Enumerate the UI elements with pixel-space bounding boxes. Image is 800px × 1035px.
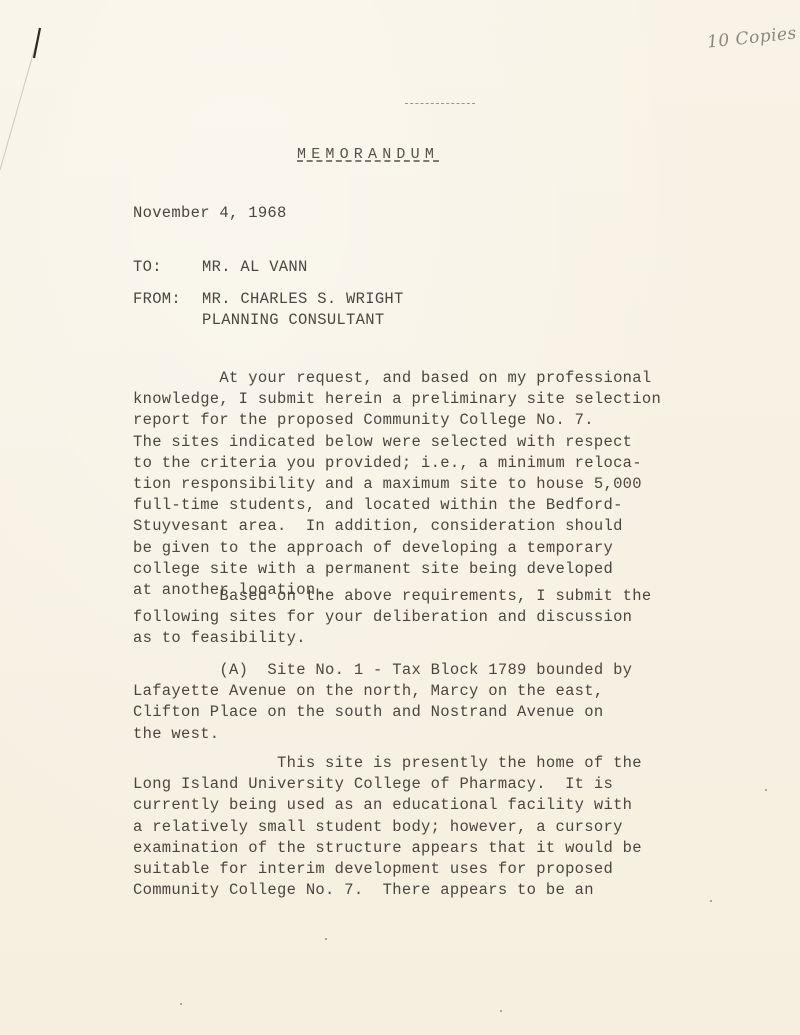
paragraph-requirements: Based on the above requirements, I submi… [133, 586, 693, 650]
stray-mark [405, 103, 475, 104]
sender-title: PLANNING CONSULTANT [202, 310, 384, 331]
text-line: Lafayette Avenue on the north, Marcy on … [133, 681, 693, 702]
paper-fold-mark [0, 0, 70, 180]
text-line: At your request, and based on my profess… [133, 368, 693, 389]
from-label: FROM: [133, 289, 181, 310]
text-line: tion responsibility and a maximum site t… [133, 474, 693, 495]
text-line: knowledge, I submit herein a preliminary… [133, 389, 693, 410]
paragraph-site-a-description: This site is presently the home of the L… [133, 753, 693, 901]
text-line: currently being used as an educational f… [133, 795, 693, 816]
memo-page: 10 Copies MEMORANDUM November 4, 1968 TO… [0, 0, 800, 1035]
text-line: This site is presently the home of the [133, 753, 693, 774]
text-line: Long Island University College of Pharma… [133, 774, 693, 795]
paper-speck [500, 1010, 502, 1012]
sender-name: MR. CHARLES S. WRIGHT [202, 289, 404, 310]
text-line: report for the proposed Community Colleg… [133, 410, 693, 431]
memo-date: November 4, 1968 [133, 203, 287, 224]
text-line: (A) Site No. 1 - Tax Block 1789 bounded … [133, 660, 693, 681]
text-line: college site with a permanent site being… [133, 559, 693, 580]
paper-speck [325, 938, 327, 940]
to-label: TO: [133, 257, 162, 278]
memo-title: MEMORANDUM [297, 146, 439, 163]
paper-speck [765, 789, 767, 791]
paragraph-site-a: (A) Site No. 1 - Tax Block 1789 bounded … [133, 660, 693, 745]
text-line: the west. [133, 724, 693, 745]
text-line: Clifton Place on the south and Nostrand … [133, 702, 693, 723]
text-line: Community College No. 7. There appears t… [133, 880, 693, 901]
paper-speck [710, 900, 712, 902]
text-line: be given to the approach of developing a… [133, 538, 693, 559]
recipient-name: MR. AL VANN [202, 257, 308, 278]
text-line: a relatively small student body; however… [133, 817, 693, 838]
handwritten-note: 10 Copies [706, 23, 797, 52]
text-line: Stuyvesant area. In addition, considerat… [133, 516, 693, 537]
text-line: to the criteria you provided; i.e., a mi… [133, 453, 693, 474]
text-line: The sites indicated below were selected … [133, 432, 693, 453]
paragraph-intro: At your request, and based on my profess… [133, 368, 693, 601]
text-line: following sites for your deliberation an… [133, 607, 693, 628]
text-line: full-time students, and located within t… [133, 495, 693, 516]
text-line: examination of the structure appears tha… [133, 838, 693, 859]
text-line: as to feasibility. [133, 628, 693, 649]
text-line: Based on the above requirements, I submi… [133, 586, 693, 607]
text-line: suitable for interim development uses fo… [133, 859, 693, 880]
paper-speck [180, 1003, 182, 1005]
